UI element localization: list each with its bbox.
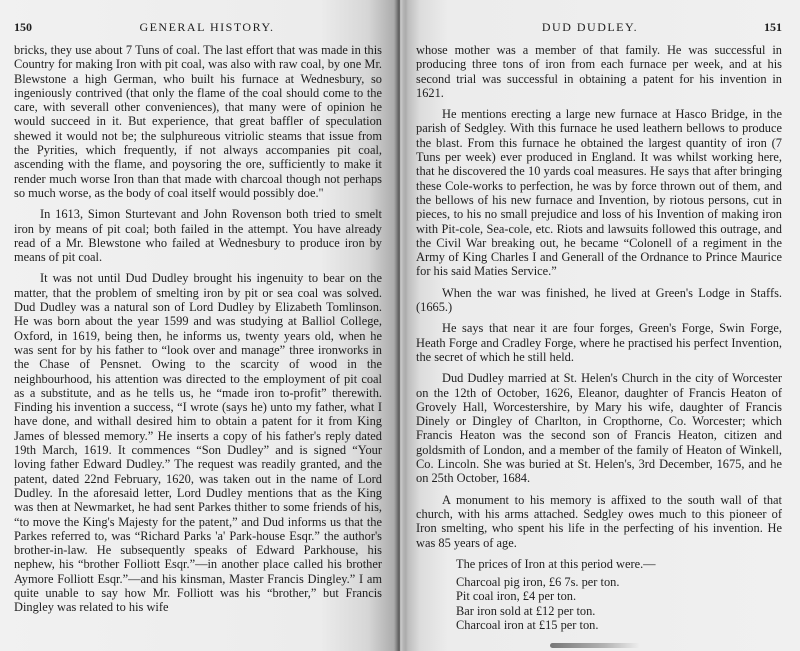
ink-smudge xyxy=(550,643,640,648)
right-running-head: DUD DUDLEY. 151 xyxy=(416,20,782,35)
right-paragraph-4: He says that near it are four forges, Gr… xyxy=(416,321,782,364)
right-running-title: DUD DUDLEY. xyxy=(416,20,764,35)
left-page-number: 150 xyxy=(14,20,32,35)
right-paragraph-6: A monument to his memory is affixed to t… xyxy=(416,493,782,550)
price-item: Charcoal pig iron, £6 7s. per ton. xyxy=(456,575,782,589)
left-running-title: GENERAL HISTORY. xyxy=(32,20,382,35)
price-item: Bar iron sold at £12 per ton. xyxy=(456,604,782,618)
price-item: Charcoal iron at £15 per ton. xyxy=(456,618,782,632)
left-page: 150 GENERAL HISTORY. bricks, they use ab… xyxy=(0,0,400,651)
left-running-head: 150 GENERAL HISTORY. xyxy=(14,20,382,35)
iron-price-list: The prices of Iron at this period were.—… xyxy=(456,557,782,632)
price-list-intro: The prices of Iron at this period were.— xyxy=(456,557,782,571)
price-item: Pit coal iron, £4 per ton. xyxy=(456,589,782,603)
right-page: DUD DUDLEY. 151 whose mother was a membe… xyxy=(400,0,800,651)
left-paragraph-1: bricks, they use about 7 Tuns of coal. T… xyxy=(14,43,382,200)
left-paragraph-2: In 1613, Simon Sturtevant and John Roven… xyxy=(14,207,382,264)
right-paragraph-2: He mentions erecting a large new furnace… xyxy=(416,107,782,279)
right-paragraph-3: When the war was finished, he lived at G… xyxy=(416,286,782,315)
right-paragraph-1: whose mother was a member of that family… xyxy=(416,43,782,100)
right-paragraph-5: Dud Dudley married at St. Helen's Church… xyxy=(416,371,782,485)
right-page-number: 151 xyxy=(764,20,782,35)
left-paragraph-3: It was not until Dud Dudley brought his … xyxy=(14,271,382,614)
book-spread: 150 GENERAL HISTORY. bricks, they use ab… xyxy=(0,0,800,651)
